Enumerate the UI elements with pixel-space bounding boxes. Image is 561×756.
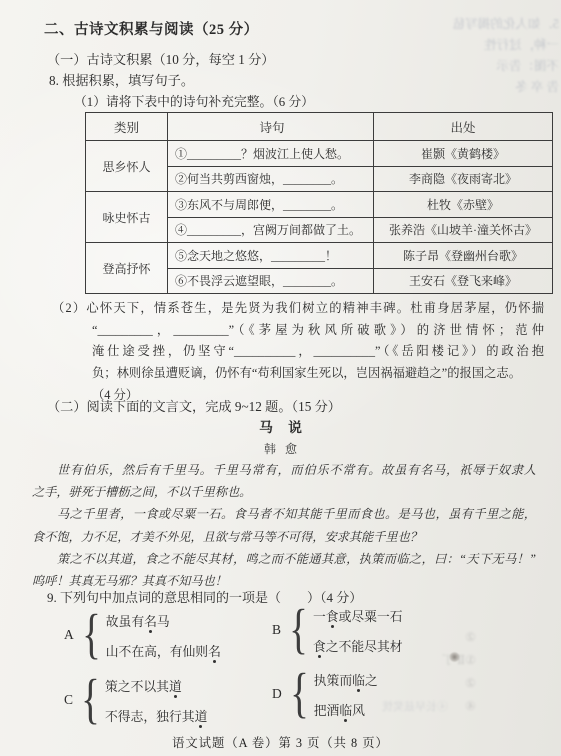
essay-body: 世有伯乐，然后有千里马。千里马常有，而伯乐不常有。故虽有名马，祇辱于奴隶人 之手… (32, 459, 536, 592)
option-A: A { 故虽有名马 山不在高，有仙则名 (64, 606, 221, 664)
brace-glyph: { (289, 600, 308, 661)
question-8-2-paragraph: （2）心怀天下，情系苍生，是先贤为我们树立的精神丰碑。杜甫身居茅屋，仍怀揣 “_… (52, 298, 544, 407)
dotted-char: 名 (208, 645, 221, 659)
line-pre: 执策而 (314, 674, 352, 688)
option-line: 故虽有名马 (106, 611, 221, 630)
section-title: 二、古诗文积累与阅读（25 分） (44, 18, 259, 39)
line-pre: 一 (313, 610, 326, 624)
category-cell: 思乡怀人 (86, 141, 168, 192)
dotted-char: 临 (352, 674, 365, 688)
dotted-char: 道 (195, 710, 208, 724)
line-pre: 山不在高，有仙则 (106, 645, 208, 659)
ink-smudge (449, 652, 460, 662)
paragraph-line: （2）心怀天下，情系苍生，是先贤为我们树立的精神丰碑。杜甫身居茅屋，仍怀揣 (52, 298, 544, 320)
ghost-line: 一种，过行性 (399, 35, 559, 56)
ghost-mark: ①Ⅱ 丁 (442, 649, 476, 672)
dotted-char: 道 (169, 680, 182, 694)
header-source: 出处 (374, 113, 553, 141)
bleed-through-marks-right: ② ①Ⅱ 丁 ② ④ (442, 626, 476, 718)
essay-line: 马之千里者，一食或尽粟一石。食马者不知其能千里而食也。是马也，虽有千里之能， (32, 503, 536, 525)
essay-line: 食不饱，力不足，才美不外见，且欲与常马等不可得，安求其能千里也？ (32, 526, 536, 548)
paragraph-line: 负；林则徐虽遭贬谪，仍怀有“苟利国家生死以，岂因祸福避趋之”的报国之志。 (52, 363, 544, 385)
brace-glyph: { (81, 670, 100, 731)
line-post: 马 (157, 615, 170, 629)
dotted-char: 临 (339, 704, 352, 718)
option-line: 把酒临风 (314, 700, 378, 719)
exam-page: { "header": { "section_title": "二、古诗文积累与… (0, 0, 561, 756)
source-cell: 陈子昂《登幽州台歌》 (374, 243, 553, 269)
ghost-mark: ② (442, 626, 476, 649)
option-line: 策之不以其道 (105, 676, 207, 695)
line-post: 之 (365, 674, 378, 688)
header-category: 类别 (86, 113, 168, 141)
ghost-mark: ② (442, 672, 476, 695)
verse-table: 类别 诗句 出处 思乡怀人 ①_________？烟波江上使人愁。 崔颢《黄鹤楼… (85, 112, 553, 294)
source-cell: 张养浩《山坡羊·潼关怀古》 (374, 217, 553, 243)
essay-line: 世有伯乐，然后有千里马。千里马常有，而伯乐不常有。故虽有名马，祇辱于奴隶人 (32, 459, 536, 481)
brace-glyph: { (82, 605, 101, 666)
verse-cell: ⑥不畏浮云遮望眼，________。 (168, 268, 374, 294)
option-D: D { 执策而临之 把酒临风 (272, 665, 378, 723)
dotted-char: 食 (313, 640, 326, 654)
line-pre: 故虽有 (106, 615, 144, 629)
part2-intro: （二）阅读下面的文言文，完成 9~12 题。（15 分） (47, 396, 341, 415)
option-lines: 执策而临之 把酒临风 (314, 670, 378, 719)
question-8-1-label: （1）请将下表中的诗句补充完整。（6 分） (74, 91, 314, 110)
option-C: C { 策之不以其道 不得志，独行其道 (64, 671, 207, 729)
verse-cell: ⑤念天地之悠悠，_________！ (168, 243, 374, 269)
source-cell: 杜牧《赤壁》 (374, 192, 553, 218)
bleed-through-text-top: 5．如人化的揭写毡 一种，过行性 不图：告示 告 卒 冬 (399, 14, 559, 98)
line-post: 或尽粟一石 (339, 610, 403, 624)
option-lines: 故虽有名马 山不在高，有仙则名 (106, 611, 221, 660)
source-cell: 王安石《登飞来峰》 (374, 268, 553, 294)
option-line: 食之不能尽其材 (313, 636, 403, 655)
paragraph-line: 淹仕途受挫，仍坚守“__________，__________”（《岳阳楼记》）… (52, 341, 544, 363)
essay-line: 策之不以其道，食之不能尽其材，鸣之而不能通其意，执策而临之，曰：“天下无马！” (32, 548, 536, 570)
source-cell: 崔颢《黄鹤楼》 (374, 141, 553, 167)
essay-title: 马说 (0, 416, 561, 436)
line-post: 风 (352, 704, 365, 718)
essay-line: 之手，骈死于槽枥之间，不以千里称也。 (32, 481, 536, 503)
page-footer: 语文试题（A 卷）第 3 页（共 8 页） (0, 733, 561, 751)
category-cell: 咏史怀古 (86, 192, 168, 243)
verse-cell: ①_________？烟波江上使人愁。 (168, 141, 374, 167)
source-cell: 李商隐《夜雨寄北》 (374, 166, 553, 192)
ghost-line: 不图：告示 (399, 56, 559, 77)
header-verse: 诗句 (168, 113, 374, 141)
question-8-label: 8. 根据积累，填写句子。 (49, 70, 194, 89)
category-cell: 登高抒怀 (86, 243, 168, 294)
option-lines: 策之不以其道 不得志，独行其道 (105, 676, 207, 725)
option-label: B (272, 622, 281, 638)
option-B: B { 一食或尽粟一石 食之不能尽其材 (272, 601, 403, 659)
paragraph-line: “_________，_________”（《茅屋为秋风所破歌》）的济世情怀；范… (52, 320, 544, 342)
line-pre: 把酒 (314, 704, 340, 718)
dotted-char: 食 (326, 610, 339, 624)
line-post: 之不能尽其材 (326, 640, 403, 654)
verse-cell: ③东风不与周郎便，________。 (168, 192, 374, 218)
ghost-line: 5．如人化的揭写毡 (399, 14, 559, 35)
essay-author: 韩愈 (0, 440, 561, 457)
option-label: C (64, 692, 73, 708)
option-lines: 一食或尽粟一石 食之不能尽其材 (313, 606, 403, 655)
part1-title: （一）古诗文积累（10 分，每空 1 分） (47, 49, 274, 68)
option-label: D (272, 686, 282, 702)
dotted-char: 名 (144, 615, 157, 629)
table-row: 思乡怀人 ①_________？烟波江上使人愁。 崔颢《黄鹤楼》 (86, 141, 553, 167)
option-line: 一食或尽粟一石 (313, 606, 403, 625)
option-line: 执策而临之 (314, 670, 378, 689)
line-pre: 策之不以其 (105, 680, 169, 694)
table-header-row: 类别 诗句 出处 (86, 113, 553, 141)
brace-glyph: { (290, 664, 309, 725)
bleed-through-text-bottom: ④长早兹奖恍 (382, 698, 448, 714)
option-line: 山不在高，有仙则名 (106, 641, 221, 660)
option-label: A (64, 627, 74, 643)
option-line: 不得志，独行其道 (105, 706, 207, 725)
verse-cell: ②何当共剪西窗烛，________。 (168, 166, 374, 192)
table-row: 咏史怀古 ③东风不与周郎便，________。 杜牧《赤壁》 (86, 192, 553, 218)
ghost-line: 告 卒 冬 (399, 77, 559, 98)
table-row: 登高抒怀 ⑤念天地之悠悠，_________！ 陈子昂《登幽州台歌》 (86, 243, 553, 269)
line-pre: 不得志，独行其 (105, 710, 195, 724)
verse-cell: ④_________，宫阙万间都做了土。 (168, 217, 374, 243)
ghost-mark: ④ (442, 695, 476, 718)
